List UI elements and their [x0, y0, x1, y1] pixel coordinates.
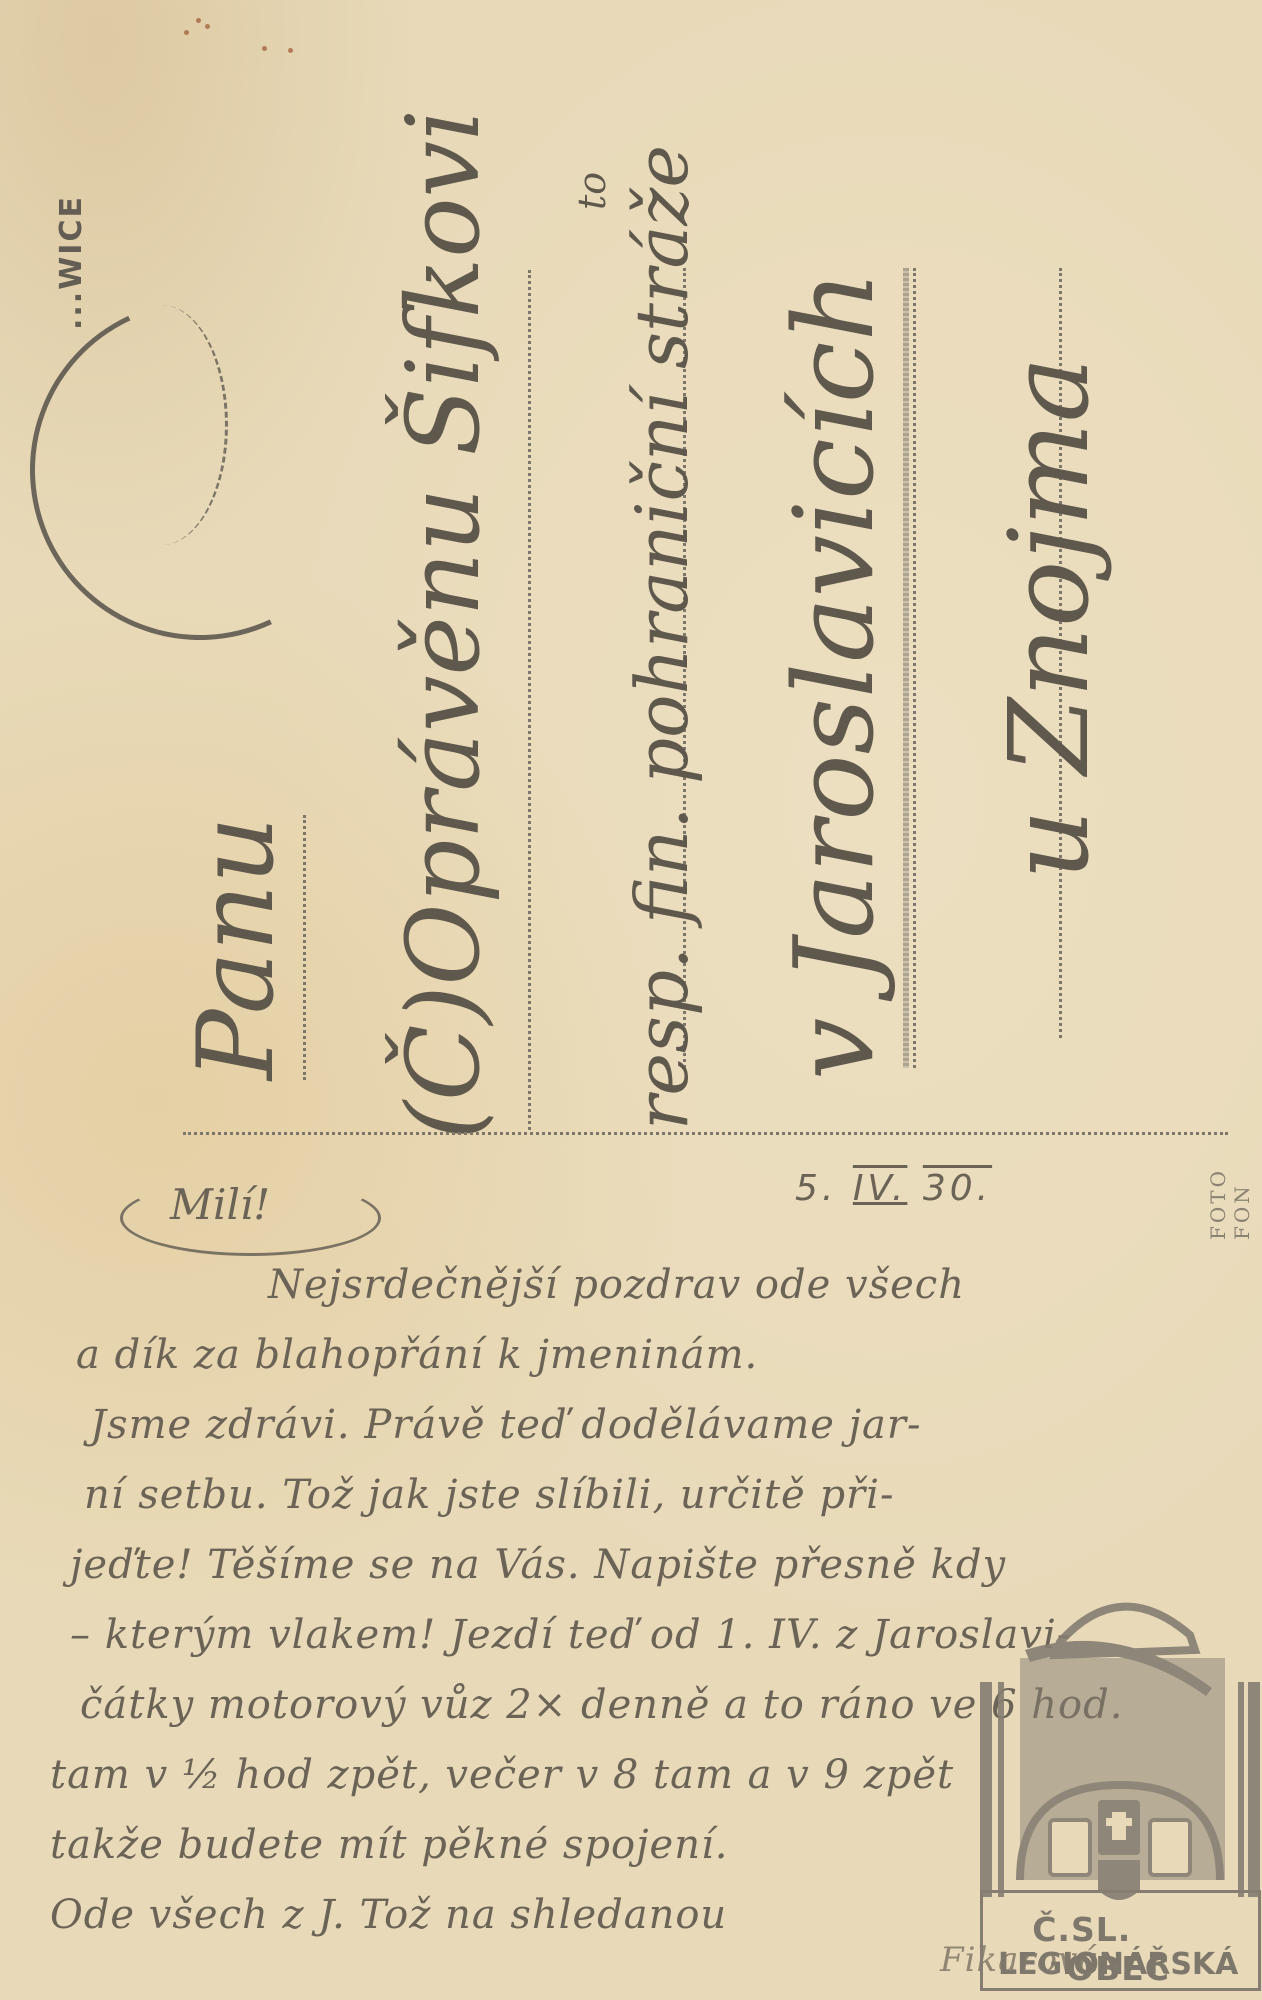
rust-spot: [288, 48, 293, 53]
rust-spot: [184, 30, 189, 35]
address-line-occupation: resp. fin. pohraniční stráže: [620, 145, 704, 1130]
logo-text-line2: LEGIONÁŘSKÁ: [998, 1947, 1238, 1982]
address-divider-line: [183, 1132, 1228, 1135]
greeting: Milí!: [170, 1180, 270, 1229]
message-line-4: ní setbu. Tož jak jste slíbili, určitě p…: [84, 1472, 894, 1518]
publisher-imprint: FOTO FON: [1206, 1168, 1254, 1240]
address-guide-line-2: [528, 270, 531, 1130]
message-line-8: tam v ½ hod zpět, večer v 8 tam a v 9 zp…: [50, 1752, 954, 1798]
address-line-name: (Č)Oprávěnu Šifkovi: [385, 109, 502, 1140]
postmark-text: ...WICE: [54, 195, 89, 330]
message-line-2: a dík za blahopřání k jmeninám.: [76, 1332, 758, 1378]
message-line-10: Ode všech z J. Tož na shledanou: [50, 1892, 727, 1938]
address-guide-line-4: [913, 268, 916, 1068]
address-pencil-line: [903, 268, 909, 1068]
address-line-town: v Jaroslavicích: [770, 271, 898, 1080]
message-line-1: Nejsrdečnější pozdrav ode všech: [268, 1262, 965, 1308]
message-line-9: takže budete mít pěkné spojení.: [50, 1822, 728, 1868]
message-date: 5. IV. 30.: [795, 1168, 992, 1209]
rust-spot: [205, 24, 210, 29]
message-line-7: čátky motorový vůz 2× denně a to ráno ve…: [80, 1682, 1123, 1728]
date-month: IV.: [853, 1168, 908, 1209]
postcard-back: ...WICE Panu (Č)Oprávěnu Šifkovi resp. f…: [0, 0, 1262, 2000]
message-line-3: Jsme zdrávi. Právě teď dodělávame jar-: [90, 1402, 922, 1448]
address-superscript: to: [570, 172, 614, 210]
legion-logo: Č.SL. OBEC LEGIONÁŘSKÁ: [980, 1580, 1260, 1990]
date-year: 30.: [923, 1168, 992, 1209]
message-line-6: – kterým vlakem! Jezdí teď od 1. IV. z J…: [70, 1612, 1071, 1658]
address-guide-line-1: [303, 815, 306, 1080]
logo-text-csl: Č.SL.: [1032, 1910, 1131, 1949]
postmark-inner-ring: [95, 305, 228, 545]
address-line-salutation: Panu: [175, 816, 297, 1080]
message-line-5: jeďte! Těšíme se na Vás. Napište přesně …: [70, 1542, 1006, 1588]
rust-spot: [262, 46, 267, 51]
date-day: 5.: [795, 1168, 837, 1209]
rust-spot: [196, 18, 201, 23]
address-line-district: u Znojma: [985, 357, 1113, 880]
